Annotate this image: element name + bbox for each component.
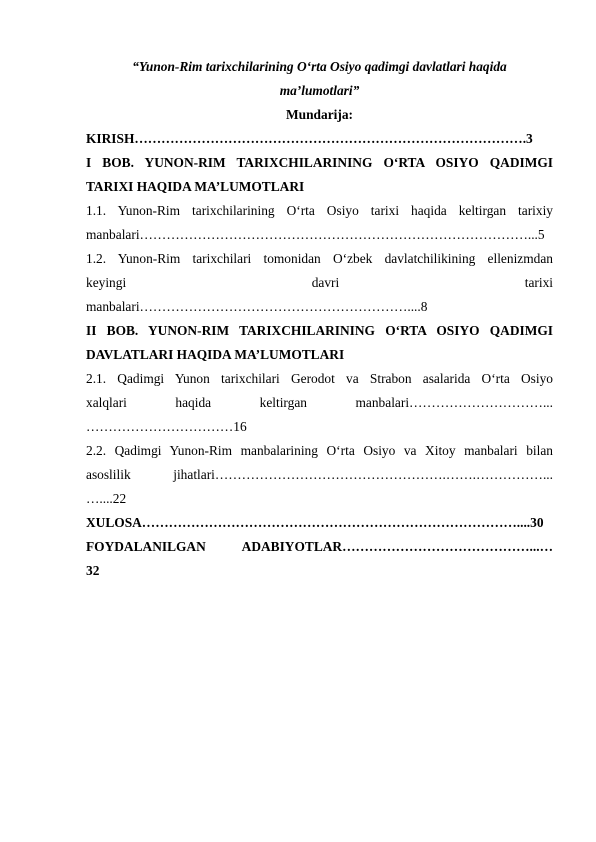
toc-heading: Mundarija: <box>86 103 553 127</box>
toc-entry-references[interactable]: FOYDALANILGAN ADABIYOTLAR…………………………………….… <box>86 535 553 559</box>
toc-entry-section-1-1-cont[interactable]: manbalari……………………………………………………………………………..… <box>86 223 553 247</box>
toc-entry-section-2-1-cont[interactable]: xalqlari haqida keltirgan manbalari……………… <box>86 391 553 415</box>
toc-entry-references-page[interactable]: 32 <box>86 559 553 583</box>
document-page: “Yunon-Rim tarixchilarining O‘rta Osiyo … <box>86 55 553 583</box>
toc-entry-chapter1-cont[interactable]: TARIXI HAQIDA MA’LUMOTLARI <box>86 175 553 199</box>
toc-entry-section-1-1[interactable]: 1.1. Yunon-Rim tarixchilarining O‘rta Os… <box>86 199 553 223</box>
toc-entry-section-2-1-page[interactable]: ……………………………16 <box>86 415 553 439</box>
toc-entry-chapter1[interactable]: I BOB. YUNON-RIM TARIXCHILARINING O‘RTA … <box>86 151 553 175</box>
toc-entry-section-2-2-page[interactable]: …....22 <box>86 487 553 511</box>
toc-entry-chapter2[interactable]: II BOB. YUNON-RIM TARIXCHILARINING O‘RTA… <box>86 319 553 343</box>
toc-entry-section-1-2-cont[interactable]: keyingi davri tarixi <box>86 271 553 295</box>
toc-entry-conclusion[interactable]: XULOSA…………………………………………………………………………....30 <box>86 511 553 535</box>
toc-entry-chapter2-cont[interactable]: DAVLATLARI HAQIDA MA’LUMOTLARI <box>86 343 553 367</box>
toc-entry-section-1-2[interactable]: 1.2. Yunon-Rim tarixchilari tomonidan O‘… <box>86 247 553 271</box>
toc-entry-section-1-2-page[interactable]: manbalari……………………………………………………....8 <box>86 295 553 319</box>
toc-entry-section-2-2-cont[interactable]: asoslilik jihatlari…………………………………………….…….… <box>86 463 553 487</box>
toc-entry-intro[interactable]: KIRISH…………………………………………………………………………….3 <box>86 127 553 151</box>
document-title-line-1: “Yunon-Rim tarixchilarining O‘rta Osiyo … <box>86 55 553 79</box>
toc-entry-section-2-1[interactable]: 2.1. Qadimgi Yunon tarixchilari Gerodot … <box>86 367 553 391</box>
document-title-line-2: ma’lumotlari” <box>86 79 553 103</box>
toc-entry-section-2-2[interactable]: 2.2. Qadimgi Yunon-Rim manbalarining O‘r… <box>86 439 553 463</box>
